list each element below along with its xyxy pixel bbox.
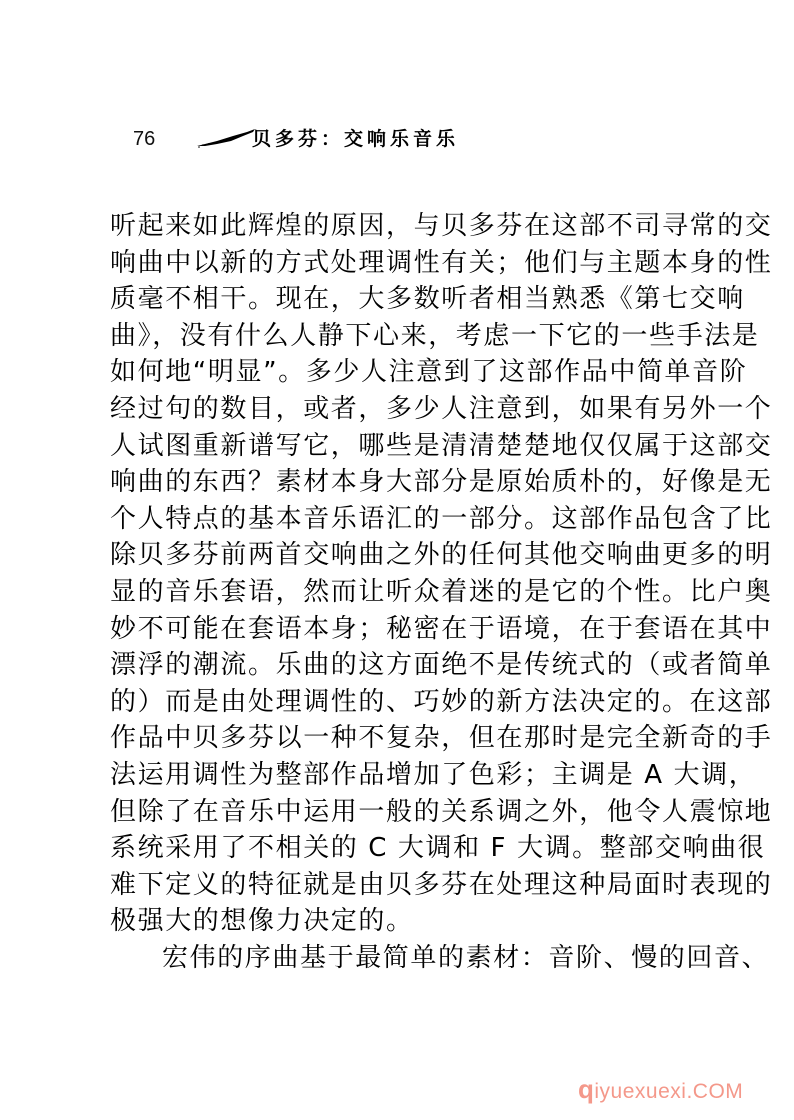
text-line: 如何地“明显”。多少人注意到了这部作品中简单音阶 [110, 354, 690, 391]
watermark-text: iyuexuexi.COM [594, 1080, 743, 1103]
text-line: 除贝多芬前两首交响曲之外的任何其他交响曲更多的明 [110, 537, 690, 574]
text-line: 作品中贝多芬以一种不复杂，但在那时是完全新奇的手 [110, 720, 690, 757]
text-line: 个人特点的基本音乐语汇的一部分。这部作品包含了比 [110, 501, 690, 538]
running-title: 贝多芬：交响乐音乐 [252, 124, 459, 151]
text-line: 人试图重新谱写它，哪些是清清楚楚地仅仅属于这部交 [110, 428, 690, 465]
text-line: 但除了在音乐中运用一般的关系调之外，他令人震惊地 [110, 794, 690, 831]
text-line: 质毫不相干。现在，大多数听者相当熟悉《第七交响 [110, 281, 690, 318]
text-line: 响曲中以新的方式处理调性有关；他们与主题本身的性 [110, 245, 690, 282]
text-line: 妙不可能在套语本身；秘密在于语境，在于套语在其中 [110, 611, 690, 648]
text-line: 显的音乐套语，然而让听众着迷的是它的个性。比户奥 [110, 574, 690, 611]
watermark-initial: q [578, 1074, 594, 1104]
page-number: 76 [133, 128, 155, 151]
page-header: 76 贝多芬：交响乐音乐 [133, 124, 693, 160]
text-line: 响曲的东西？素材本身大部分是原始质朴的，好像是无 [110, 464, 690, 501]
text-line: 难下定义的特征就是由贝多芬在处理这种局面时表现的 [110, 867, 690, 904]
text-line: 经过句的数目，或者，多少人注意到，如果有另外一个 [110, 391, 690, 428]
body-text: 听起来如此辉煌的原因，与贝多芬在这部不司寻常的交 响曲中以新的方式处理调性有关；… [110, 208, 690, 976]
watermark: qiyuexuexi.COM [578, 1074, 743, 1105]
text-line: 系统采用了不相关的 C 大调和 F 大调。整部交响曲很 [110, 830, 690, 867]
text-line: 的）而是由处理调性的、巧妙的新方法决定的。在这部 [110, 684, 690, 721]
text-line: 极强大的想像力决定的。 [110, 903, 690, 940]
paragraph-first-line: 宏伟的序曲基于最简单的素材：音阶、慢的回音、 [110, 940, 690, 977]
text-line: 听起来如此辉煌的原因，与贝多芬在这部不司寻常的交 [110, 208, 690, 245]
text-line: 曲》，没有什么人静下心来，考虑一下它的一些手法是 [110, 318, 690, 355]
text-line: 漂浮的潮流。乐曲的这方面绝不是传统式的（或者简单 [110, 647, 690, 684]
text-line: 法运用调性为整部作品增加了色彩；主调是 A 大调， [110, 757, 690, 794]
